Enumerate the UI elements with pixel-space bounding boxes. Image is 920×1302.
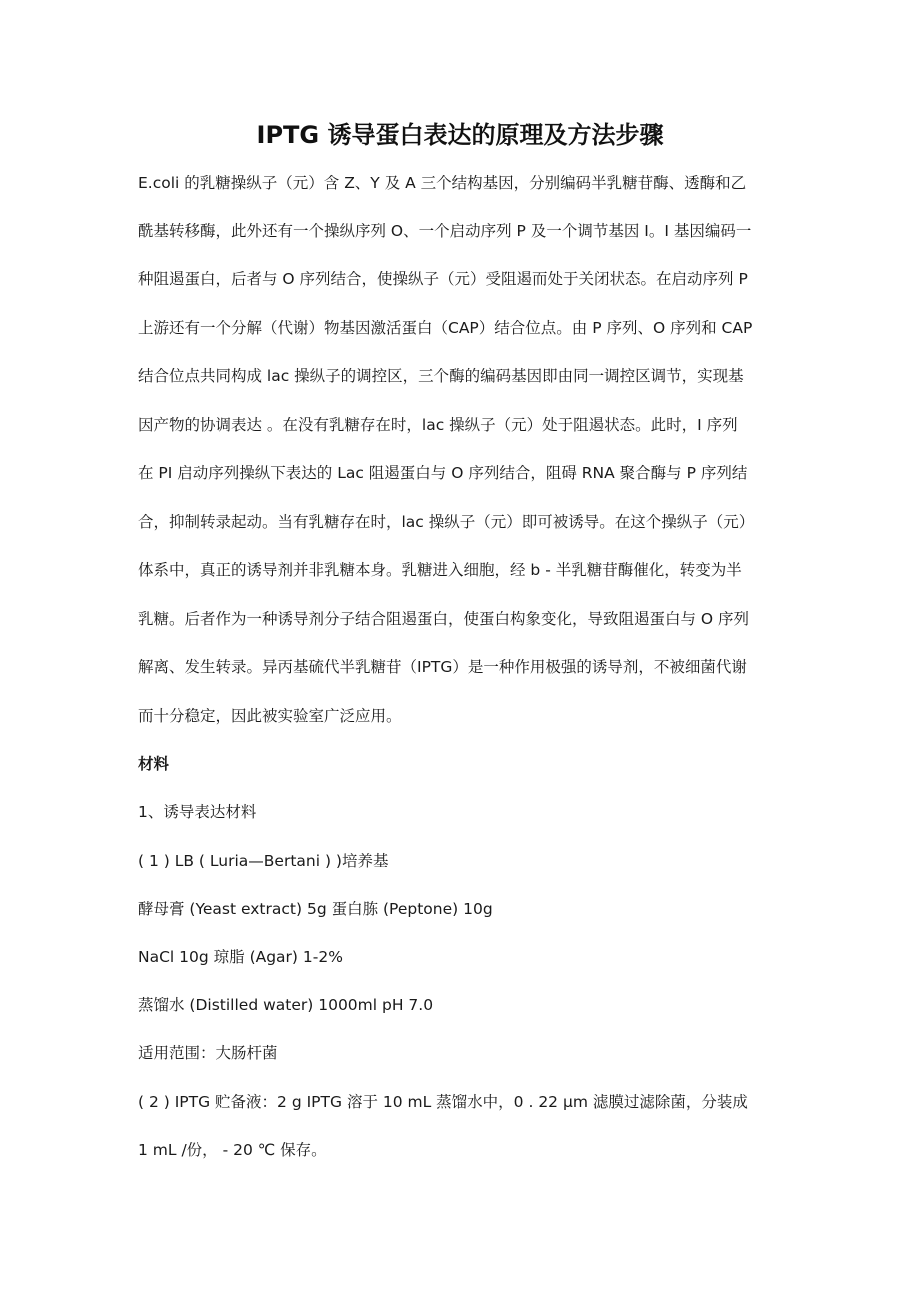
item-title: ( 1 ) LB ( Luria—Bertani ) )培养基 [138, 850, 388, 872]
recipe-line: 蒸馏水 (Distilled water) 1000ml pH 7.0 [138, 994, 433, 1016]
paragraph-line: 合，抑制转录起动。当有乳糖存在时，lac 操纵子（元）即可被诱导。在这个操纵子（… [138, 511, 754, 533]
scope-line: 适用范围：大肠杆菌 [138, 1042, 278, 1064]
item-line: 1 mL /份， - 20 ℃ 保存。 [138, 1139, 327, 1161]
recipe-line: NaCl 10g 琼脂 (Agar) 1-2% [138, 946, 343, 968]
paragraph-line: 在 PI 启动序列操纵下表达的 Lac 阻遏蛋白与 O 序列结合，阻碍 RNA … [138, 462, 747, 484]
document-title: IPTG 诱导蛋白表达的原理及方法步骤 [0, 118, 920, 152]
section-title: 1、诱导表达材料 [138, 801, 256, 823]
paragraph-line: E.coli 的乳糖操纵子（元）含 Z、Y 及 A 三个结构基因，分别编码半乳糖… [138, 172, 746, 194]
document-page: IPTG 诱导蛋白表达的原理及方法步骤 E.coli 的乳糖操纵子（元）含 Z、… [0, 0, 920, 1302]
paragraph-line: 上游还有一个分解（代谢）物基因激活蛋白（CAP）结合位点。由 P 序列、O 序列… [138, 317, 752, 339]
paragraph-line: 解离、发生转录。异丙基硫代半乳糖苷（IPTG）是一种作用极强的诱导剂，不被细菌代… [138, 656, 747, 678]
recipe-line: 酵母膏 (Yeast extract) 5g 蛋白胨 (Peptone) 10g [138, 898, 493, 920]
paragraph-line: 而十分稳定，因此被实验室广泛应用。 [138, 705, 402, 727]
paragraph-line: 乳糖。后者作为一种诱导剂分子结合阻遏蛋白，使蛋白构象变化，导致阻遏蛋白与 O 序… [138, 608, 749, 630]
paragraph-line: 体系中，真正的诱导剂并非乳糖本身。乳糖进入细胞，经 b - 半乳糖苷酶催化，转变… [138, 559, 742, 581]
paragraph-line: 因产物的协调表达 。在没有乳糖存在时，lac 操纵子（元）处于阻遏状态。此时，I… [138, 414, 738, 436]
paragraph-line: 酰基转移酶，此外还有一个操纵序列 O、一个启动序列 P 及一个调节基因 I。I … [138, 220, 751, 242]
materials-heading: 材料 [138, 753, 169, 775]
paragraph-line: 结合位点共同构成 lac 操纵子的调控区，三个酶的编码基因即由同一调控区调节，实… [138, 365, 744, 387]
paragraph-line: 种阻遏蛋白，后者与 O 序列结合，使操纵子（元）受阻遏而处于关闭状态。在启动序列… [138, 268, 748, 290]
item-line: ( 2 ) IPTG 贮备液：2 g IPTG 溶于 10 mL 蒸馏水中，0 … [138, 1091, 748, 1113]
